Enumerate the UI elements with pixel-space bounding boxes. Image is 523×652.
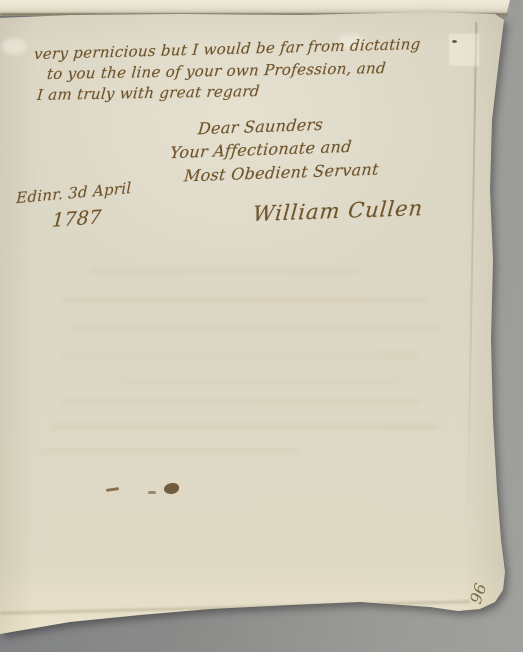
verso-show-through — [60, 398, 420, 404]
place-date-line: Edinr. 3d April — [16, 179, 132, 207]
repair-patch — [448, 33, 480, 67]
closing-salutation: Dear Saunders — [197, 115, 324, 138]
bottom-edge-crease — [0, 600, 470, 614]
letter-body-line-2: to you the line of your own Profession, … — [46, 59, 387, 83]
letter-paper-wrap: very pernicious but I would be far from … — [0, 0, 523, 652]
paper-blemish — [2, 38, 26, 55]
verso-show-through — [60, 352, 420, 358]
year-line: 1787 — [51, 206, 102, 232]
manuscript-page-photo: very pernicious but I would be far from … — [0, 0, 523, 652]
signature: William Cullen — [252, 196, 424, 226]
verso-show-through — [50, 424, 440, 430]
ink-blot-small — [148, 491, 156, 494]
ink-speck — [452, 40, 457, 43]
ink-blot-large — [164, 483, 179, 494]
ink-blot-dash — [106, 487, 119, 492]
closing-line-1: Your Affectionate and — [169, 137, 352, 162]
verso-show-through — [40, 448, 300, 454]
verso-show-through — [70, 325, 440, 331]
verso-show-through — [60, 297, 430, 303]
verso-show-through — [90, 268, 360, 274]
letter-paper: very pernicious but I would be far from … — [0, 0, 523, 652]
fold-crease — [467, 22, 478, 522]
letter-body-line-3: I am truly with great regard — [36, 82, 260, 104]
closing-line-2: Most Obedient Servant — [183, 160, 379, 186]
verso-show-through — [120, 378, 400, 384]
